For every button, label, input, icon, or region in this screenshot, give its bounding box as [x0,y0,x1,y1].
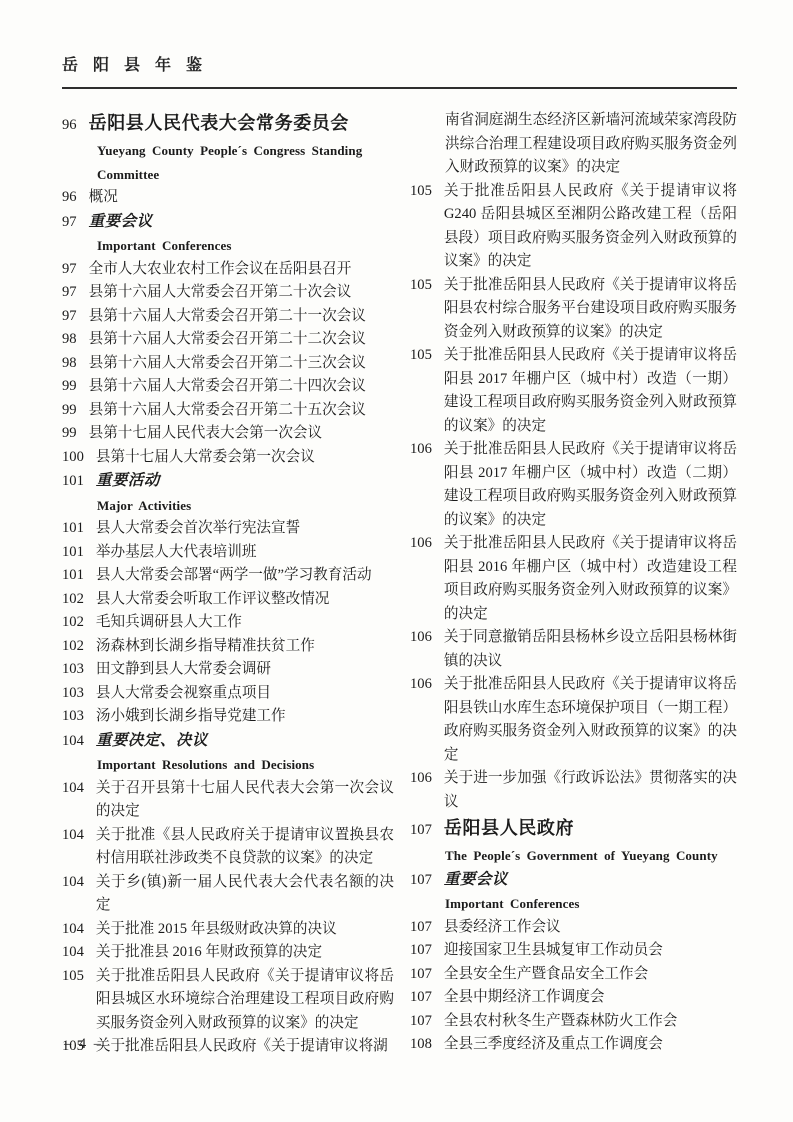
toc-entry-item: 101举办基层人大代表培训班 [62,541,394,565]
entry-page-number: 107 [410,869,432,893]
toc-entry-item: 102县人大常委会听取工作评议整改情况 [62,588,394,612]
toc-entry-item: 103县人大常委会视察重点项目 [62,682,394,706]
toc-entry-chapter: 107岳阳县人民政府 [410,815,737,844]
entry-title: 概况 [89,186,394,210]
entry-title: 关于批准岳阳县人民政府《关于提请审议将岳阳县城区水环境综合治理建设工程项目政府购… [96,965,394,1036]
toc-entry-item: 104关于乡(镇)新一届人民代表大会代表名额的决定 [62,871,394,918]
entry-title: 关于批准岳阳县人民政府《关于提请审议将湖 [96,1035,394,1059]
entry-page-number: 106 [410,626,432,650]
entry-title: 关于同意撤销岳阳县杨林乡设立岳阳县杨林街镇的决议 [444,626,737,673]
toc-entry-item: 105关于批准岳阳县人民政府《关于提请审议将岳阳县城区水环境综合治理建设工程项目… [62,965,394,1036]
entry-page-number: 104 [62,824,84,848]
entry-title: 全县三季度经济及重点工作调度会 [444,1033,737,1057]
toc-entry-chapter: 96岳阳县人民代表大会常务委员会 [62,110,394,139]
toc-entry-item: 106关于批准岳阳县人民政府《关于提请审议将岳阳县 2017 年棚户区（城中村）… [410,438,737,532]
entry-page-number: 108 [410,1033,432,1057]
entry-title: 田文静到县人大常委会调研 [96,658,394,682]
entry-title: Important Conferences [97,234,394,258]
toc-entry-item: 103田文静到县人大常委会调研 [62,658,394,682]
entry-page-number: 107 [410,817,432,844]
entry-title: 县人大常委会听取工作评议整改情况 [96,588,394,612]
entry-page-number: 104 [62,777,84,801]
toc-entry-item: 104关于批准 2015 年县级财政决算的决议 [62,918,394,942]
entry-title: 汤森林到长湖乡指导精准扶贫工作 [96,635,394,659]
toc-entry-section: 104重要决定、决议 [62,729,394,754]
entry-title: 关于召开县第十七届人民代表大会第一次会议的决定 [96,777,394,824]
entry-title: 县第十六届人大常委会召开第二十五次会议 [89,399,394,423]
entry-page-number: 106 [410,532,432,556]
entry-title: 县第十七届人民代表大会第一次会议 [89,422,394,446]
toc-entry-item: 106关于同意撤销岳阳县杨林乡设立岳阳县杨林街镇的决议 [410,626,737,673]
toc-entry-item: 99县第十六届人大常委会召开第二十四次会议 [62,375,394,399]
entry-page-number: 107 [410,916,432,940]
entry-page-number: 100 [62,446,84,470]
entry-page-number: 101 [62,517,84,541]
entry-title: 县第十七届人大常委会第一次会议 [96,446,394,470]
entry-title: 关于乡(镇)新一届人民代表大会代表名额的决定 [96,871,394,918]
entry-page-number: 101 [62,564,84,588]
entry-page-number: 103 [62,658,84,682]
toc-entry-item: 105关于批准岳阳县人民政府《关于提请审议将湖 [62,1035,394,1059]
toc-entry-item: 106关于批准岳阳县人民政府《关于提请审议将岳阳县铁山水库生态环境保护项目（一期… [410,673,737,767]
toc-entry-item: 98县第十六届人大常委会召开第二十二次会议 [62,328,394,352]
entry-page-number: 105 [62,965,84,989]
toc-entry-sub: Important Conferences [410,892,737,916]
entry-title: 毛知兵调研县人大工作 [96,611,394,635]
entry-title: 全县中期经济工作调度会 [444,986,737,1010]
entry-page-number: 107 [410,1010,432,1034]
toc-entry-sub: Important Resolutions and Decisions [62,753,394,777]
entry-title: 关于批准《县人民政府关于提请审议置换县农村信用联社涉政类不良贷款的议案》的决定 [96,824,394,871]
toc-entry-item: 102毛知兵调研县人大工作 [62,611,394,635]
entry-title: Important Conferences [445,892,737,916]
toc-entry-sub: Important Conferences [62,234,394,258]
toc-columns: 96岳阳县人民代表大会常务委员会Yueyang County People´s … [62,109,737,1059]
entry-title: 重要会议 [444,868,737,892]
entry-page-number: 98 [62,328,77,352]
entry-page-number: 96 [62,186,77,210]
entry-page-number: 104 [62,730,84,754]
entry-page-number: 101 [62,470,84,494]
entry-page-number: 102 [62,588,84,612]
entry-page-number: 104 [62,871,84,895]
toc-entry-item: 99县第十六届人大常委会召开第二十五次会议 [62,399,394,423]
entry-title: 关于批准岳阳县人民政府《关于提请审议将G240 岳阳县城区至湘阴公路改建工程（岳… [444,180,737,274]
toc-entry-item: 107迎接国家卫生县城复审工作动员会 [410,939,737,963]
entry-title: 关于批准岳阳县人民政府《关于提请审议将岳阳县 2017 年棚户区（城中村）改造（… [444,438,737,532]
entry-title: 岳阳县人民代表大会常务委员会 [89,110,394,137]
entry-page-number: 97 [62,281,77,305]
entry-title: Important Resolutions and Decisions [97,753,394,777]
entry-page-number: 96 [62,112,77,139]
entry-page-number: 97 [62,258,77,282]
entry-page-number: 99 [62,375,77,399]
toc-entry-item: 100县第十七届人大常委会第一次会议 [62,446,394,470]
toc-entry-item: 97县第十六届人大常委会召开第二十一次会议 [62,305,394,329]
toc-entry-item: 107县委经济工作会议 [410,916,737,940]
entry-page-number: 99 [62,399,77,423]
entry-title: 关于批准 2015 年县级财政决算的决议 [96,918,394,942]
entry-title: 重要决定、决议 [96,729,394,753]
entry-page-number: 106 [410,673,432,697]
toc-entry-sub: Major Activities [62,494,394,518]
entry-title: Yueyang County People´s Congress Standin… [97,139,394,186]
toc-entry-item: 107全县农村秋冬生产暨森林防火工作会 [410,1010,737,1034]
toc-entry-item: 106关于进一步加强《行政诉讼法》贯彻落实的决议 [410,767,737,814]
toc-entry-item: 102汤森林到长湖乡指导精准扶贫工作 [62,635,394,659]
entry-title: 关于批准县 2016 年财政预算的决定 [96,941,394,965]
entry-title: 重要活动 [96,469,394,493]
entry-page-number: 103 [62,682,84,706]
entry-page-number: 106 [410,767,432,791]
toc-entry-section: 107重要会议 [410,868,737,893]
entry-page-number: 107 [410,963,432,987]
entry-title: 全市人大农业农村工作会议在岳阳县召开 [89,258,394,282]
entry-page-number: 102 [62,611,84,635]
toc-entry-item: 99县第十七届人民代表大会第一次会议 [62,422,394,446]
page-footer-number: – 4 – [64,1036,103,1053]
toc-entry-item: 104关于召开县第十七届人民代表大会第一次会议的决定 [62,777,394,824]
entry-title: 举办基层人大代表培训班 [96,541,394,565]
entry-page-number: 107 [410,986,432,1010]
entry-title: 南省洞庭湖生态经济区新墙河流域荣家湾段防洪综合治理工程建设项目政府购买服务资金列… [445,109,737,180]
entry-page-number: 97 [62,305,77,329]
toc-entry-item: 97县第十六届人大常委会召开第二十次会议 [62,281,394,305]
toc-entry-cont: 南省洞庭湖生态经济区新墙河流域荣家湾段防洪综合治理工程建设项目政府购买服务资金列… [410,109,737,180]
entry-title: 县第十六届人大常委会召开第二十二次会议 [89,328,394,352]
entry-page-number: 105 [410,274,432,298]
entry-page-number: 107 [410,939,432,963]
entry-title: 关于批准岳阳县人民政府《关于提请审议将岳阳县 2016 年棚户区（城中村）改造建… [444,532,737,626]
entry-title: The People´s Government of Yueyang Count… [445,844,737,868]
entry-title: 关于批准岳阳县人民政府《关于提请审议将岳阳县 2017 年棚户区（城中村）改造（… [444,344,737,438]
entry-title: 岳阳县人民政府 [444,815,737,842]
entry-title: Major Activities [97,494,394,518]
toc-entry-item: 98县第十六届人大常委会召开第二十三次会议 [62,352,394,376]
yearbook-masthead: 岳阳县年鉴 [62,52,737,89]
toc-column-left: 96岳阳县人民代表大会常务委员会Yueyang County People´s … [62,109,394,1059]
entry-title: 迎接国家卫生县城复审工作动员会 [444,939,737,963]
toc-entry-item: 105关于批准岳阳县人民政府《关于提请审议将岳阳县农村综合服务平台建设项目政府购… [410,274,737,345]
entry-title: 县委经济工作会议 [444,916,737,940]
entry-page-number: 105 [410,344,432,368]
toc-entry-sub: The People´s Government of Yueyang Count… [410,844,737,868]
toc-entry-item: 96概况 [62,186,394,210]
entry-title: 关于批准岳阳县人民政府《关于提请审议将岳阳县农村综合服务平台建设项目政府购买服务… [444,274,737,345]
entry-title: 县第十六届人大常委会召开第二十次会议 [89,281,394,305]
toc-column-right: 南省洞庭湖生态经济区新墙河流域荣家湾段防洪综合治理工程建设项目政府购买服务资金列… [410,109,737,1059]
entry-title: 县人大常委会首次举行宪法宣誓 [96,517,394,541]
yearbook-toc-page: 岳阳县年鉴 96岳阳县人民代表大会常务委员会Yueyang County Peo… [0,0,793,1059]
entry-title: 关于批准岳阳县人民政府《关于提请审议将岳阳县铁山水库生态环境保护项目（一期工程）… [444,673,737,767]
entry-title: 县第十六届人大常委会召开第二十四次会议 [89,375,394,399]
toc-entry-item: 107全县中期经济工作调度会 [410,986,737,1010]
toc-entry-item: 105关于批准岳阳县人民政府《关于提请审议将岳阳县 2017 年棚户区（城中村）… [410,344,737,438]
entry-page-number: 105 [410,180,432,204]
toc-entry-item: 108全县三季度经济及重点工作调度会 [410,1033,737,1057]
entry-page-number: 104 [62,918,84,942]
entry-title: 全县农村秋冬生产暨森林防火工作会 [444,1010,737,1034]
entry-title: 县人大常委会视察重点项目 [96,682,394,706]
toc-entry-item: 104关于批准县 2016 年财政预算的决定 [62,941,394,965]
toc-entry-sub: Yueyang County People´s Congress Standin… [62,139,394,186]
toc-entry-item: 106关于批准岳阳县人民政府《关于提请审议将岳阳县 2016 年棚户区（城中村）… [410,532,737,626]
entry-title: 汤小娥到长湖乡指导党建工作 [96,705,394,729]
entry-page-number: 97 [62,211,77,235]
entry-page-number: 99 [62,422,77,446]
entry-title: 全县安全生产暨食品安全工作会 [444,963,737,987]
entry-title: 重要会议 [89,210,394,234]
entry-title: 县第十六届人大常委会召开第二十三次会议 [89,352,394,376]
toc-entry-item: 107全县安全生产暨食品安全工作会 [410,963,737,987]
toc-entry-item: 101县人大常委会首次举行宪法宣誓 [62,517,394,541]
toc-entry-item: 105关于批准岳阳县人民政府《关于提请审议将G240 岳阳县城区至湘阴公路改建工… [410,180,737,274]
entry-page-number: 102 [62,635,84,659]
entry-page-number: 103 [62,705,84,729]
entry-title: 县第十六届人大常委会召开第二十一次会议 [89,305,394,329]
entry-title: 关于进一步加强《行政诉讼法》贯彻落实的决议 [444,767,737,814]
entry-page-number: 106 [410,438,432,462]
toc-entry-section: 97重要会议 [62,210,394,235]
toc-entry-section: 101重要活动 [62,469,394,494]
toc-entry-item: 104关于批准《县人民政府关于提请审议置换县农村信用联社涉政类不良贷款的议案》的… [62,824,394,871]
entry-title: 县人大常委会部署“两学一做”学习教育活动 [96,564,394,588]
entry-page-number: 104 [62,941,84,965]
entry-page-number: 101 [62,541,84,565]
entry-page-number: 98 [62,352,77,376]
toc-entry-item: 103汤小娥到长湖乡指导党建工作 [62,705,394,729]
toc-entry-item: 101县人大常委会部署“两学一做”学习教育活动 [62,564,394,588]
toc-entry-item: 97全市人大农业农村工作会议在岳阳县召开 [62,258,394,282]
